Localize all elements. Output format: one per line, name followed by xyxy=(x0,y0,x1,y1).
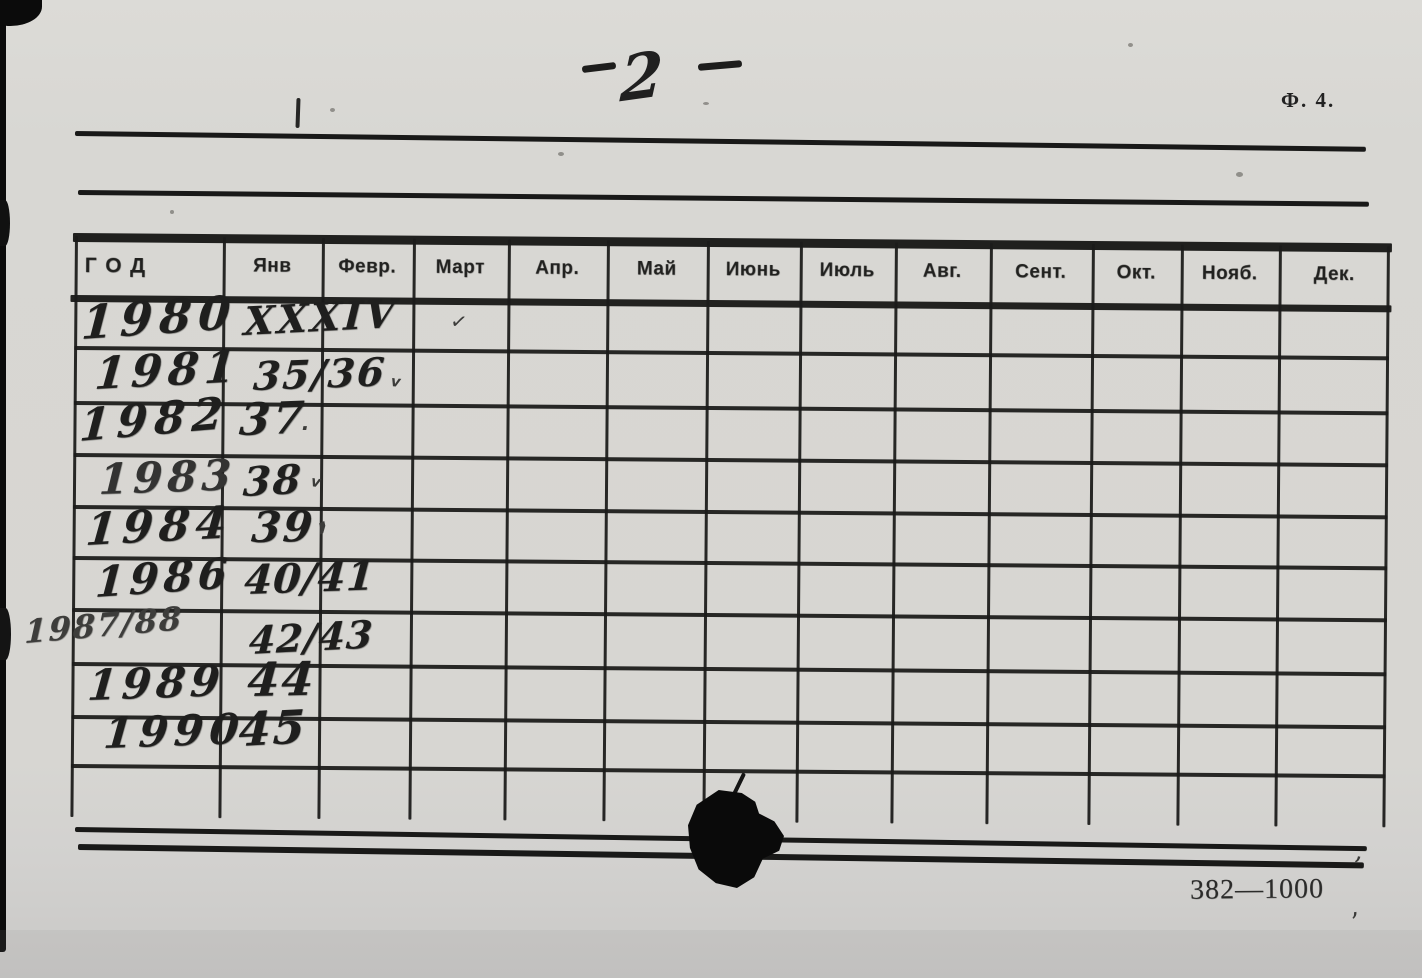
handwritten-entry: 35/36 xyxy=(252,353,387,397)
header-aug: Авг. xyxy=(895,252,990,285)
pen-tick: , xyxy=(1348,892,1360,923)
column-line xyxy=(408,239,416,820)
horizontal-rule xyxy=(78,190,1369,207)
scan-speck xyxy=(703,102,709,105)
scan-speck xyxy=(558,152,564,156)
column-line xyxy=(1382,246,1390,827)
column-line xyxy=(1176,245,1184,826)
header-may: Май xyxy=(607,250,707,283)
handwritten-entry: 39 xyxy=(250,506,316,549)
column-line xyxy=(890,242,898,823)
handwritten-checkmark: ✓ xyxy=(449,310,469,332)
header-year: ГОД xyxy=(75,246,223,279)
header-jul: Июль xyxy=(800,252,895,285)
handwritten-year: 1989 xyxy=(86,660,227,707)
handwritten-year: 1990 xyxy=(102,708,247,755)
column-line xyxy=(1087,244,1095,825)
header-jun: Июнь xyxy=(707,251,800,284)
column-line xyxy=(602,240,610,821)
header-jan: Янв xyxy=(223,247,322,280)
column-line xyxy=(795,242,803,823)
handwritten-year: 1982 xyxy=(78,391,231,449)
page-number-value: 2 xyxy=(619,36,664,116)
form-code-label: Ф. 4. xyxy=(1281,88,1335,113)
horizontal-rule xyxy=(75,131,1366,152)
header-sep: Сент. xyxy=(990,253,1092,286)
handwritten-entry: 37 xyxy=(238,397,308,443)
header-dec: Дек. xyxy=(1279,255,1390,288)
column-line xyxy=(702,241,710,822)
header-nov: Нояб. xyxy=(1181,255,1279,288)
header-mar: Март xyxy=(413,249,508,282)
row-line xyxy=(71,764,1386,778)
column-line xyxy=(985,243,993,824)
handwritten-year: 1983 xyxy=(98,454,237,501)
scan-shadow-band xyxy=(0,930,1422,978)
scan-speck xyxy=(1128,43,1133,47)
scan-edge-artifact xyxy=(0,200,10,246)
handwritten-entry: 45 xyxy=(238,703,308,753)
header-apr: Апр. xyxy=(508,249,607,282)
ink-tick-mark xyxy=(295,98,300,128)
header-oct: Окт. xyxy=(1092,254,1181,287)
handwritten-entry: XXXIV xyxy=(243,295,399,342)
column-line xyxy=(70,236,78,817)
scan-corner-artifact xyxy=(0,0,42,26)
handwritten-entry: 44 xyxy=(246,656,317,703)
header-feb: Февр. xyxy=(322,248,413,281)
handwritten-checkmark: v xyxy=(310,474,322,490)
scan-speck xyxy=(1236,172,1243,177)
page-number-dash: — xyxy=(582,62,617,73)
page-number-dash: — xyxy=(698,60,742,71)
table-header-row: ГОД Янв Февр. Март Апр. Май Июнь Июль Ав… xyxy=(75,246,1390,288)
scan-speck xyxy=(170,210,174,214)
column-line xyxy=(503,239,511,820)
print-run-label: 382—1000 xyxy=(1190,873,1324,906)
handwritten-checkmark: v xyxy=(390,374,401,390)
handwritten-year: 1980 xyxy=(80,289,239,346)
scan-speck xyxy=(330,108,335,112)
handwritten-entry: 38 xyxy=(242,460,304,503)
handwritten-checkmark: · xyxy=(301,418,309,438)
scan-edge-artifact xyxy=(0,608,11,660)
scanned-library-card: — 2 — Ф. 4. xyxy=(0,0,1422,978)
handwritten-entry: 40/41 xyxy=(243,556,377,601)
handwritten-year: 1986 xyxy=(94,552,234,604)
column-line xyxy=(1274,245,1282,826)
handwritten-year: 1984 xyxy=(84,501,234,553)
scan-edge-artifact xyxy=(0,0,6,952)
